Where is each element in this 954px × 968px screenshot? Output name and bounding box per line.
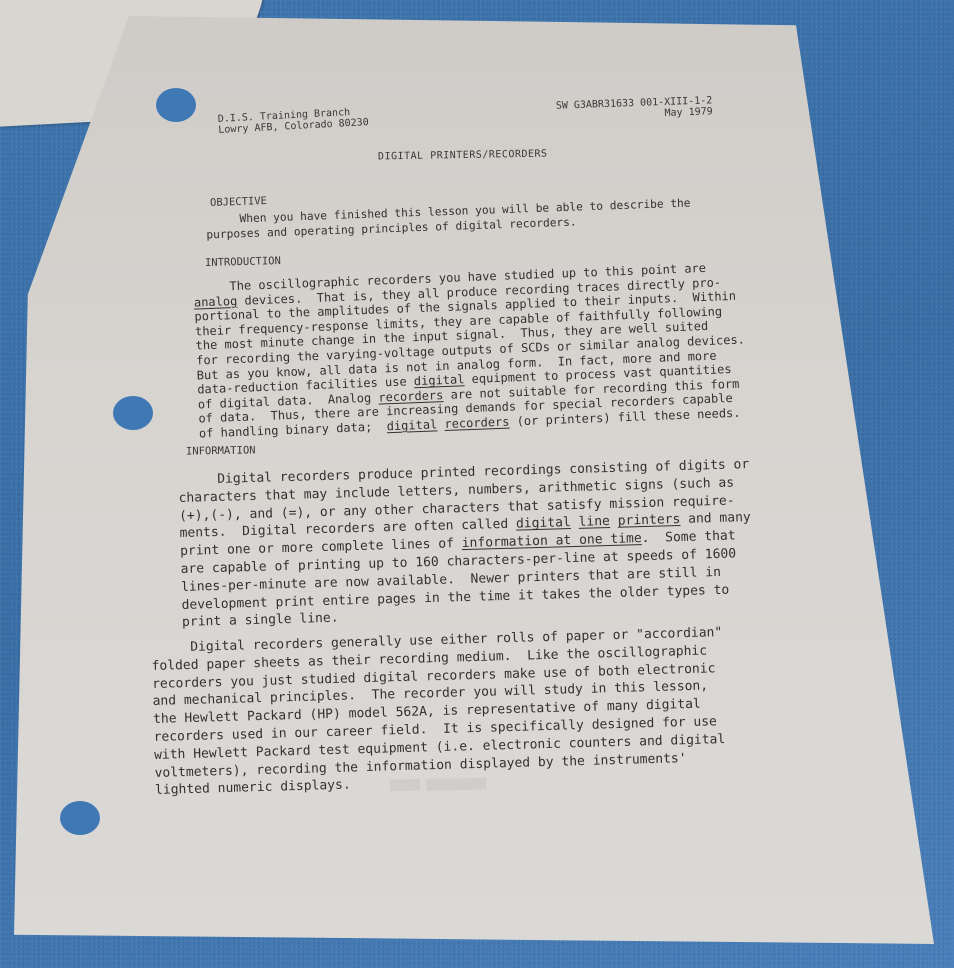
underlined-term: digital bbox=[414, 372, 465, 388]
punch-hole-middle bbox=[113, 396, 153, 430]
underlined-term: recorders bbox=[444, 415, 510, 431]
underlined-term: analog bbox=[194, 294, 238, 310]
bleed-through-text: ▒▒▒▒▒ ▒▒▒▒▒▒▒▒▒▒ bbox=[390, 779, 487, 792]
underlined-term: printers bbox=[618, 512, 681, 529]
information-paragraph-1: Digital recorders produce printed record… bbox=[178, 456, 754, 632]
underlined-term: digital bbox=[516, 515, 571, 532]
underlined-term: digital bbox=[386, 417, 437, 433]
information-paragraph-2: Digital recorders generally use either r… bbox=[151, 624, 727, 800]
heading-introduction: INTRODUCTION bbox=[205, 255, 281, 269]
heading-information: INFORMATION bbox=[186, 444, 256, 457]
underlined-term: line bbox=[578, 514, 610, 530]
punch-hole-bottom bbox=[60, 801, 100, 835]
heading-objective: OBJECTIVE bbox=[210, 195, 267, 209]
introduction-paragraph: The oscillographic recorders you have st… bbox=[193, 260, 748, 441]
punch-hole-top bbox=[156, 88, 196, 122]
